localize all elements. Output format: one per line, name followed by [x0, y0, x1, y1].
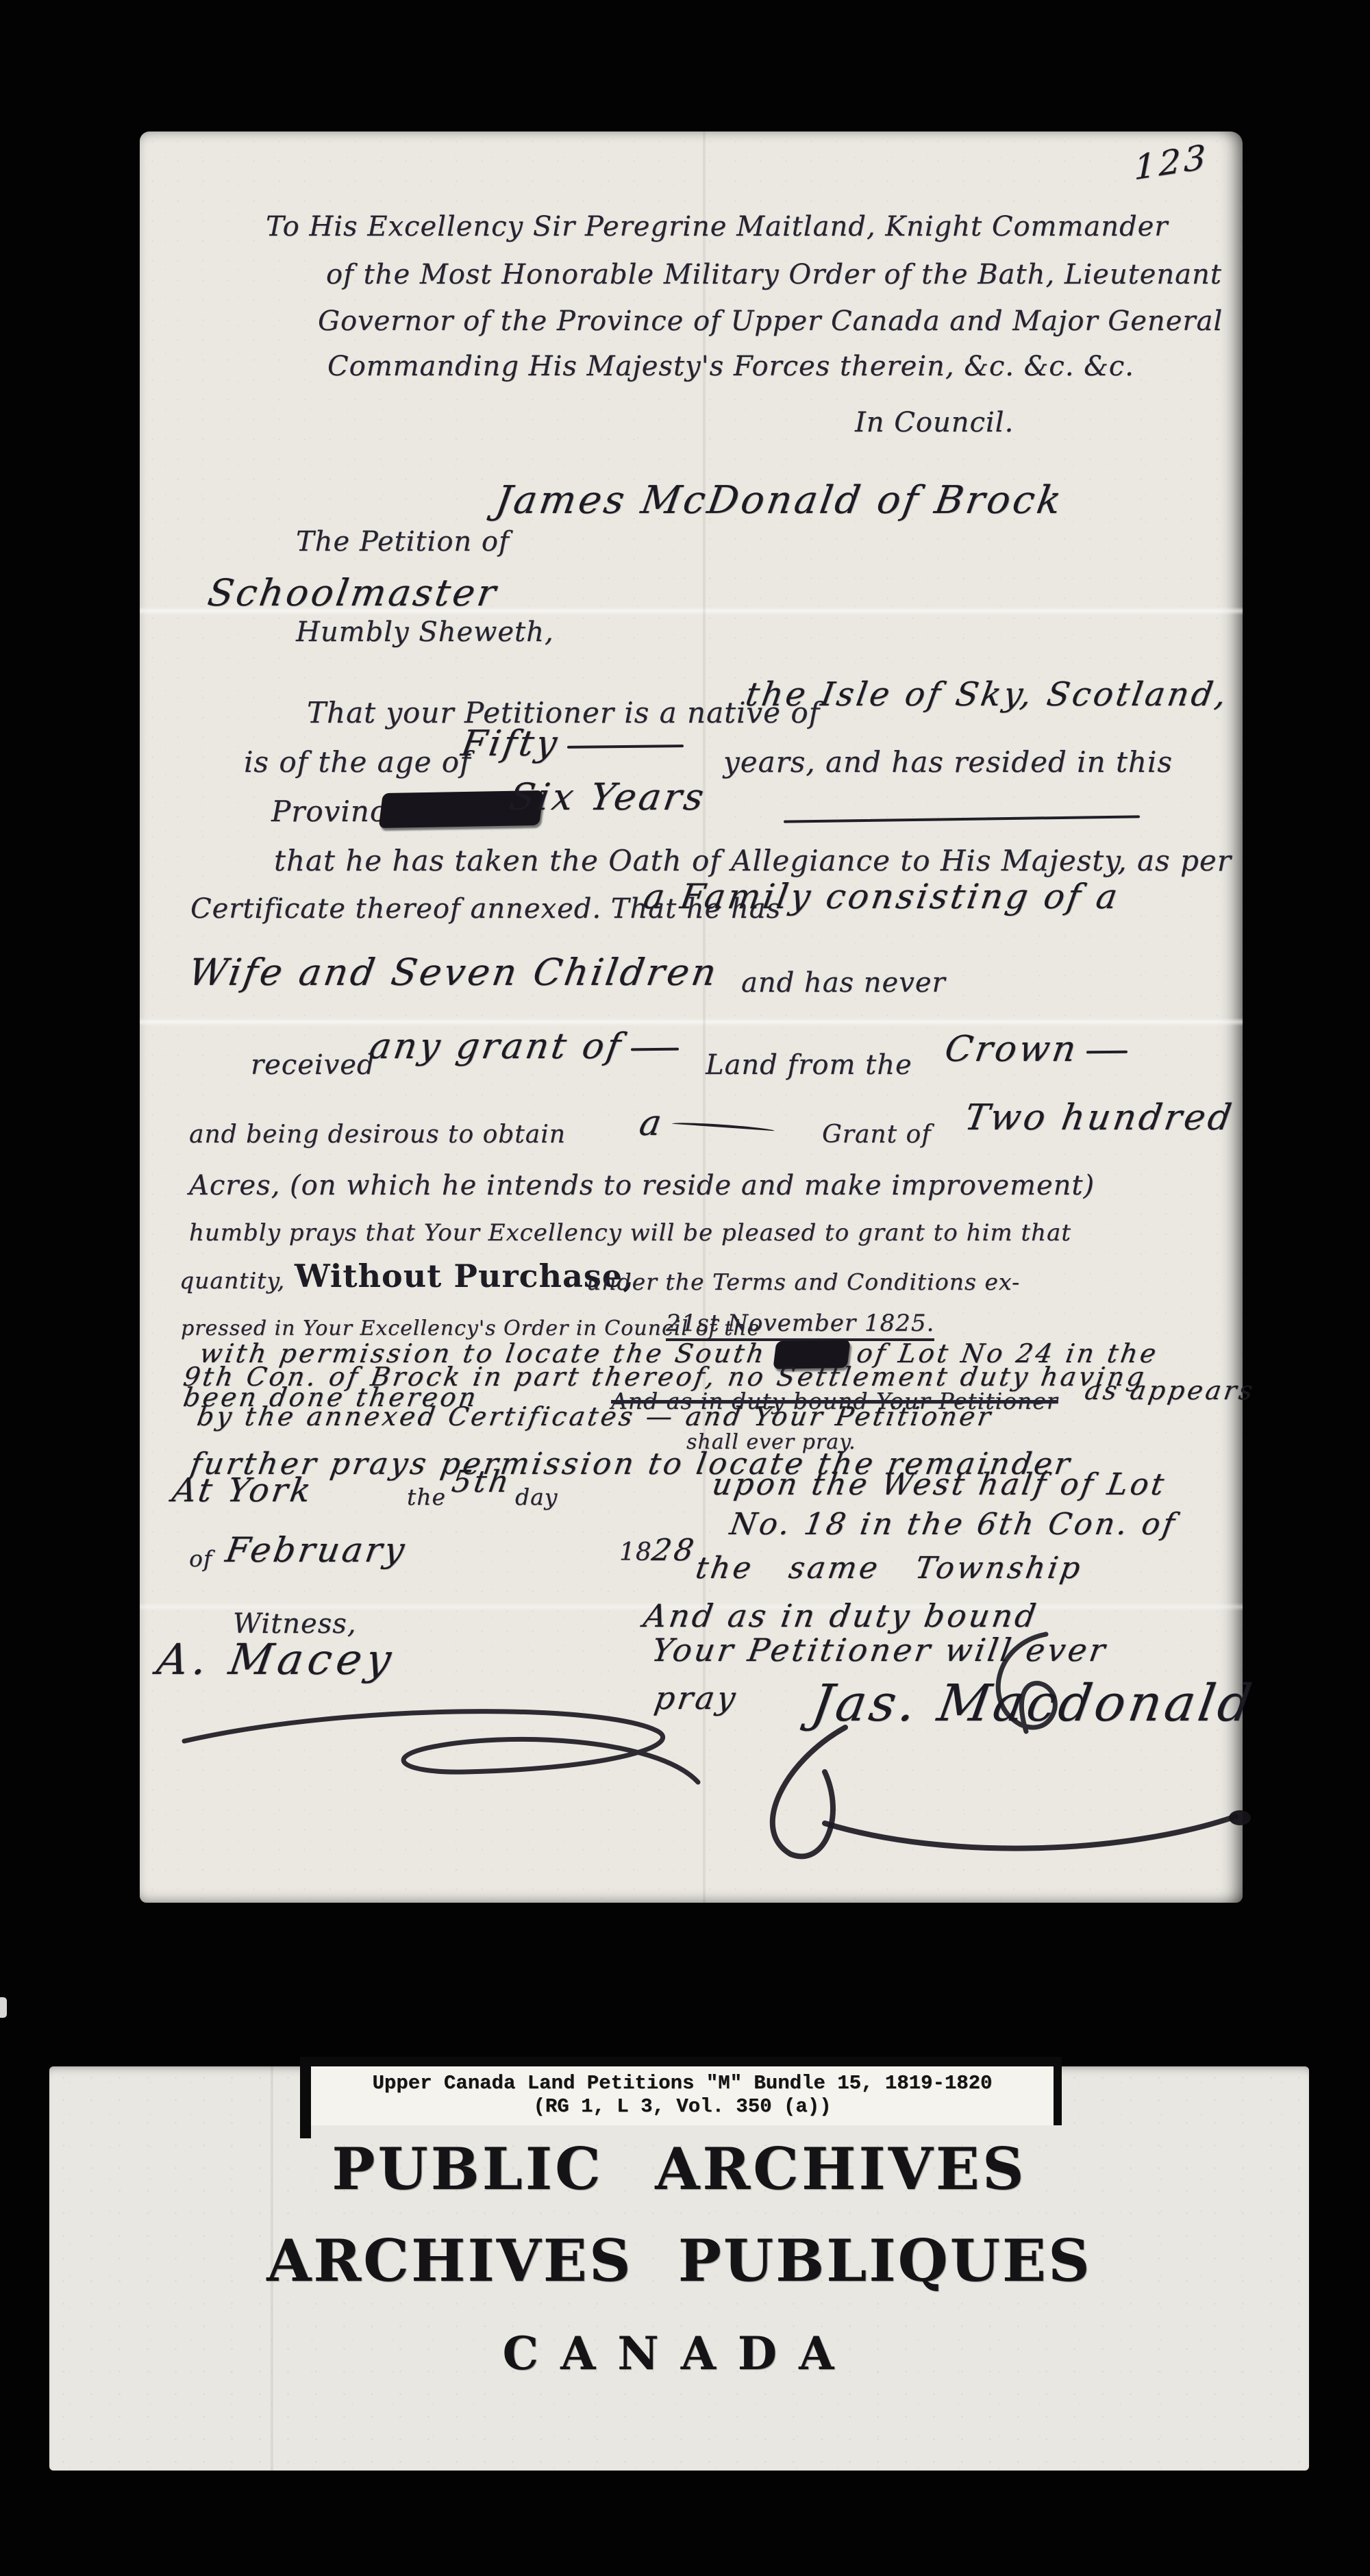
- bundle-label: Upper Canada Land Petitions "M" Bundle 1…: [300, 2057, 1062, 2125]
- interlined-4: by the annexed Certificates — and Your P…: [195, 1401, 995, 1431]
- salutation-line-4: Commanding His Majesty's Forces therein,…: [327, 351, 1134, 382]
- petitioner-name: James McDonald of Brock: [493, 478, 1067, 523]
- interlined-3-end: as appears: [1083, 1375, 1258, 1405]
- salutation-line-3: Governor of the Province of Upper Canada…: [318, 305, 1223, 337]
- film-edge-mark: [0, 1997, 7, 2018]
- witness-signature-flourish: [177, 1700, 712, 1810]
- bundle-label-line-1: Upper Canada Land Petitions "M" Bundle 1…: [315, 2072, 1049, 2095]
- native-value: the Isle of Sky, Scotland,: [743, 675, 1232, 714]
- petitioner-signature-flourish: [743, 1721, 1263, 1871]
- location-line-2: No. 18 in the 6th Con. of: [727, 1507, 1180, 1542]
- bundle-label-corner-mark: [300, 2116, 311, 2138]
- ink-swash: [672, 1121, 775, 1130]
- location-line-3: the same Township: [693, 1551, 1085, 1586]
- oath-line: that he has taken the Oath of Allegiance…: [274, 844, 1232, 877]
- ink-dash: [1086, 1050, 1128, 1053]
- desirous-value: a: [636, 1103, 667, 1144]
- dateline-the-label: the: [407, 1484, 446, 1510]
- petitioner-occupation: Schoolmaster: [205, 571, 501, 614]
- archives-card: PUBLIC ARCHIVES ARCHIVES PUBLIQUES CANAD…: [49, 2066, 1309, 2471]
- family-value: a Family consisting of a: [640, 877, 1123, 916]
- ink-dash: [567, 745, 684, 749]
- without-purchase-label: Without Purchase,: [295, 1258, 634, 1295]
- received-value: any grant of: [366, 1026, 626, 1067]
- province-value: Six Years: [506, 775, 709, 818]
- dateline-day-label: day: [515, 1484, 558, 1510]
- dateline-month: February: [223, 1530, 410, 1570]
- ink-rule: [784, 815, 1140, 823]
- received-label: received: [251, 1049, 375, 1081]
- never-label: and has never: [741, 967, 946, 999]
- archives-title-en: PUBLIC ARCHIVES: [49, 2135, 1309, 2203]
- grant-label: Grant of: [822, 1121, 932, 1149]
- dateline-day-value: 5th: [449, 1464, 514, 1499]
- archives-title-fr: ARCHIVES PUBLIQUES: [49, 2227, 1309, 2294]
- land-label: Land from the: [706, 1049, 912, 1081]
- dateline-year-printed: 18: [619, 1538, 652, 1566]
- salutation-line-2: of the Most Honorable Military Order of …: [326, 259, 1222, 290]
- dateline-place: At York: [170, 1471, 316, 1510]
- petition-of-label: The Petition of: [296, 526, 510, 558]
- ink-dash: [631, 1047, 679, 1051]
- desirous-label: and being desirous to obtain: [189, 1121, 566, 1149]
- age-after-label: years, and has resided in this: [723, 745, 1173, 779]
- dateline-year-value: 28: [649, 1533, 699, 1568]
- location-line-1: upon the West half of Lot: [710, 1467, 1169, 1502]
- age-value: Fifty: [458, 723, 562, 764]
- age-label: is of the age of: [244, 745, 471, 779]
- dateline-of-label: of: [189, 1545, 212, 1572]
- salutation-line-1: To His Excellency Sir Peregrine Maitland…: [266, 211, 1168, 242]
- family-value-2: Wife and Seven Children: [186, 951, 722, 994]
- in-council-label: In Council.: [855, 407, 1014, 438]
- page-number: 123: [1134, 137, 1208, 188]
- duty-bound-line-3: pray: [652, 1679, 740, 1716]
- order-date: 21st November 1825.: [666, 1310, 934, 1341]
- crown-value: Crown: [942, 1029, 1081, 1070]
- terms-line: under the Terms and Conditions ex-: [586, 1268, 1020, 1295]
- bundle-label-line-2: (RG 1, L 3, Vol. 350 (a)): [315, 2095, 1049, 2118]
- paper-fold-line: [140, 1018, 1243, 1026]
- photostat-background: 123 To His Excellency Sir Peregrine Mait…: [0, 0, 1370, 2576]
- prays-line: humbly prays that Your Excellency will b…: [189, 1219, 1071, 1247]
- quantity-label: quantity,: [179, 1267, 285, 1294]
- humbly-sheweth-label: Humbly Sheweth,: [296, 616, 554, 648]
- petition-document: 123 To His Excellency Sir Peregrine Mait…: [140, 132, 1243, 1903]
- grant-value: Two hundred: [962, 1097, 1236, 1138]
- archives-country: CANADA: [49, 2327, 1309, 2380]
- witness-signature: A. Macey: [153, 1634, 399, 1684]
- acres-line: Acres, (on which he intends to reside an…: [189, 1170, 1095, 1201]
